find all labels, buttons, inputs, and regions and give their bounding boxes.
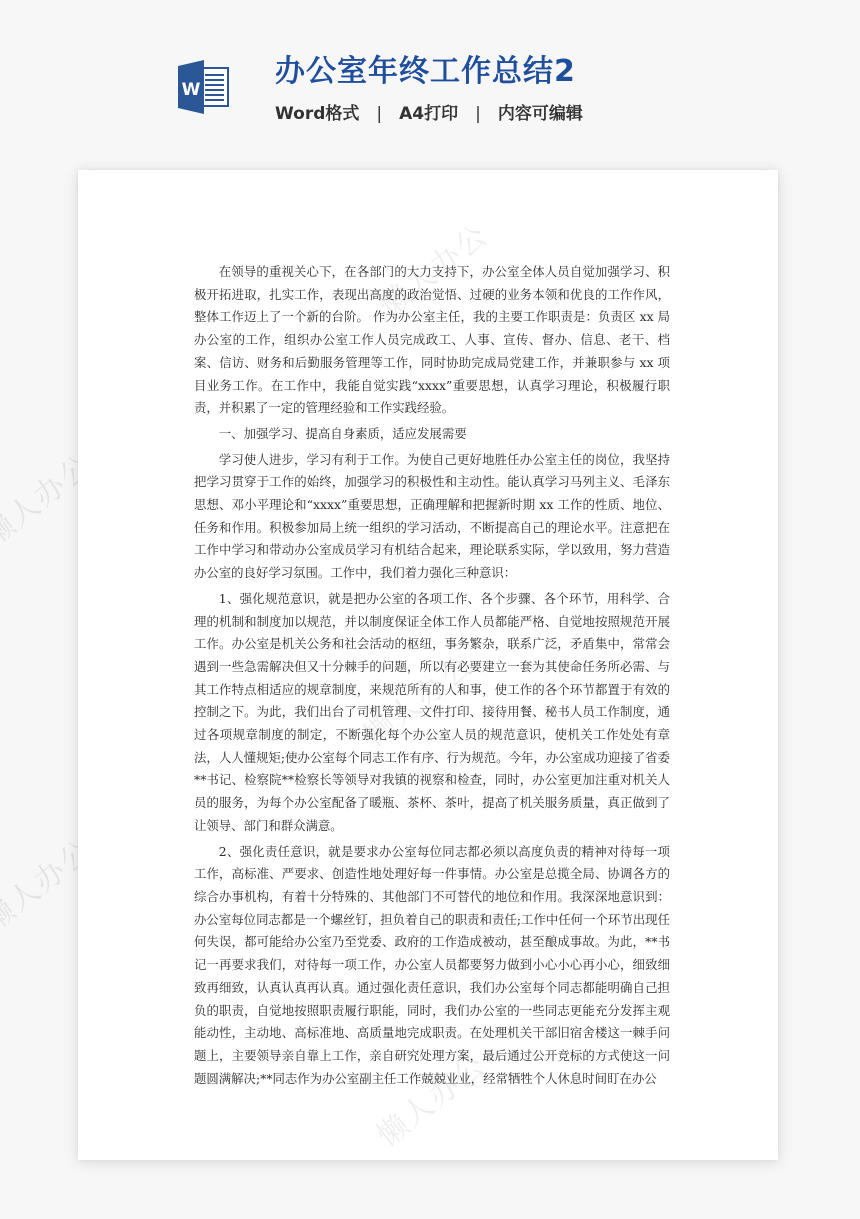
paragraph-responsibility: 2、强化责任意识，就是要求办公室每位同志都必须以高度负责的精神对待每一项工作，高… xyxy=(194,841,670,1091)
meta-separator: | xyxy=(458,104,498,124)
meta-print: A4打印 xyxy=(399,104,458,124)
document-title: 办公室年终工作总结2 xyxy=(275,50,576,94)
document-body: 在领导的重视关心下，在各部门的大力支持下，办公室全体人员自觉加强学习、积极开拓进… xyxy=(194,261,670,1093)
word-icon: W xyxy=(174,58,232,116)
svg-text:W: W xyxy=(182,80,201,100)
meta-separator: | xyxy=(359,104,399,124)
document-meta: Word格式|A4打印|内容可编辑 xyxy=(275,100,583,128)
document-page: 懒人办公 懒人办公 懒人办公 懒人办公 懒人办公 在领导的重视关心下，在各部门的… xyxy=(78,170,778,1160)
document-header: W 办公室年终工作总结2 Word格式|A4打印|内容可编辑 xyxy=(0,0,860,160)
meta-editable: 内容可编辑 xyxy=(498,104,583,124)
paragraph-intro: 在领导的重视关心下，在各部门的大力支持下，办公室全体人员自觉加强学习、积极开拓进… xyxy=(194,261,670,420)
paragraph-standards: 1、强化规范意识，就是把办公室的各项工作、各个步骤、各个环节，用科学、合理的机制… xyxy=(194,588,670,838)
paragraph-study: 学习使人进步，学习有利于工作。为使自己更好地胜任办公室主任的岗位，我坚持把学习贯… xyxy=(194,449,670,585)
section-heading: 一、加强学习、提高自身素质，适应发展需要 xyxy=(194,423,670,446)
meta-format: Word格式 xyxy=(275,104,359,124)
